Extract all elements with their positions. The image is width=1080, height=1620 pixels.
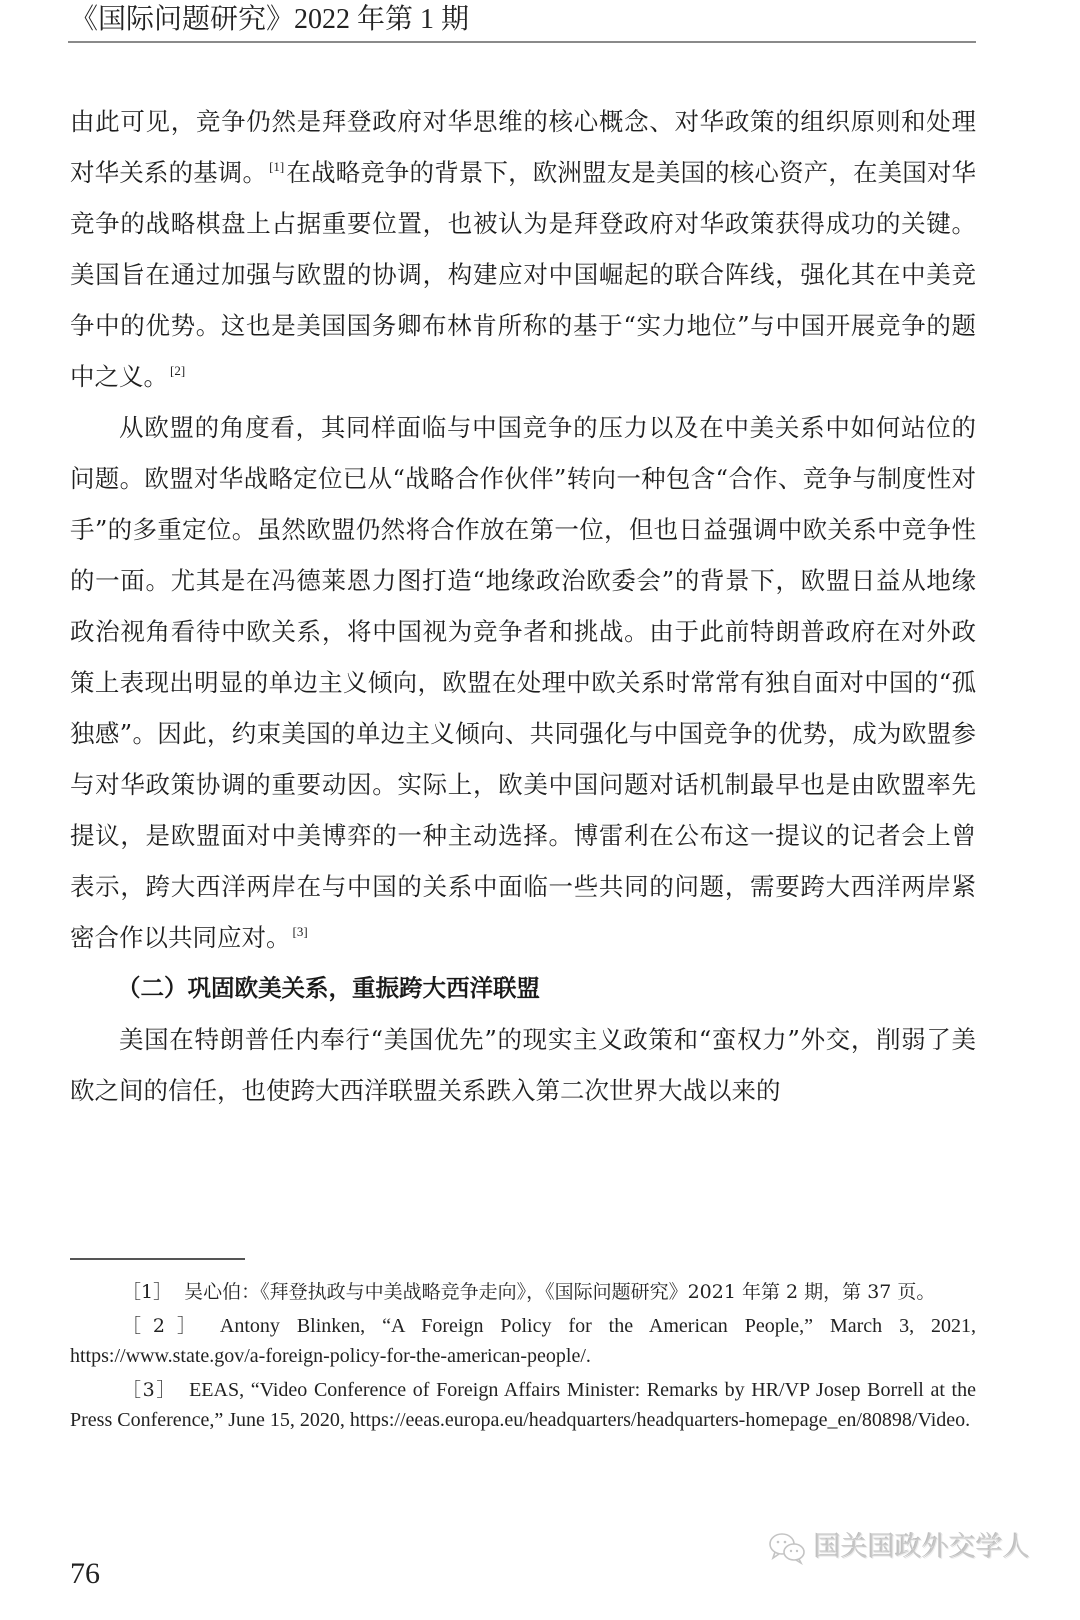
- journal-title: 《国际问题研究》2022 年第 1 期: [70, 4, 469, 35]
- footnote-2: ［2］Antony Blinken, “A Foreign Policy for…: [70, 1311, 976, 1371]
- footnote-separator: [70, 1258, 245, 1260]
- footnote-text: EEAS, “Video Conference of Foreign Affai…: [70, 1379, 976, 1431]
- footnote-text: 吴心伯：《拜登执政与中美战略竞争走向》，《国际问题研究》2021 年第 2 期，…: [184, 1281, 935, 1303]
- article-body: 由此可见，竞争仍然是拜登政府对华思维的核心概念、对华政策的组织原则和处理对华关系…: [70, 96, 976, 1116]
- section-heading: （二）巩固欧美关系，重振跨大西洋联盟: [70, 963, 976, 1014]
- footnote-mark: ［2］: [122, 1315, 208, 1337]
- paragraph-3: 美国在特朗普任内奉行“美国优先”的现实主义政策和“蛮权力”外交，削弱了美欧之间的…: [70, 1014, 976, 1116]
- footnote-mark: ［3］: [122, 1379, 177, 1401]
- footnote-1: ［1］吴心伯：《拜登执政与中美战略竞争走向》，《国际问题研究》2021 年第 2…: [70, 1277, 976, 1307]
- header-rule: [68, 41, 976, 43]
- paragraph-2: 从欧盟的角度看，其同样面临与中国竞争的压力以及在中美关系中如何站位的问题。欧盟对…: [70, 402, 976, 963]
- running-header: 《国际问题研究》2022 年第 1 期: [70, 2, 469, 38]
- page-number: 76: [70, 1556, 100, 1592]
- watermark-text: 国关国政外交学人: [814, 1530, 1030, 1566]
- footnotes: ［1］吴心伯：《拜登执政与中美战略竞争走向》，《国际问题研究》2021 年第 2…: [70, 1277, 976, 1439]
- wechat-icon: [768, 1531, 808, 1565]
- footnote-ref-1[interactable]: [1]: [269, 159, 284, 174]
- footnote-3: ［3］EEAS, “Video Conference of Foreign Af…: [70, 1375, 976, 1435]
- paragraph-2-text: 从欧盟的角度看，其同样面临与中国竞争的压力以及在中美关系中如何站位的问题。欧盟对…: [70, 413, 976, 952]
- paragraph-1-text-b: 在战略竞争的背景下，欧洲盟友是美国的核心资产，在美国对华竞争的战略棋盘上占据重要…: [70, 158, 976, 391]
- paragraph-1: 由此可见，竞争仍然是拜登政府对华思维的核心概念、对华政策的组织原则和处理对华关系…: [70, 96, 976, 402]
- footnote-ref-2[interactable]: [2]: [170, 363, 185, 378]
- footnote-ref-3[interactable]: [3]: [293, 924, 308, 939]
- footnote-mark: ［1］: [122, 1281, 172, 1303]
- watermark: 国关国政外交学人: [768, 1530, 1030, 1566]
- paragraph-3-text: 美国在特朗普任内奉行“美国优先”的现实主义政策和“蛮权力”外交，削弱了美欧之间的…: [70, 1025, 976, 1105]
